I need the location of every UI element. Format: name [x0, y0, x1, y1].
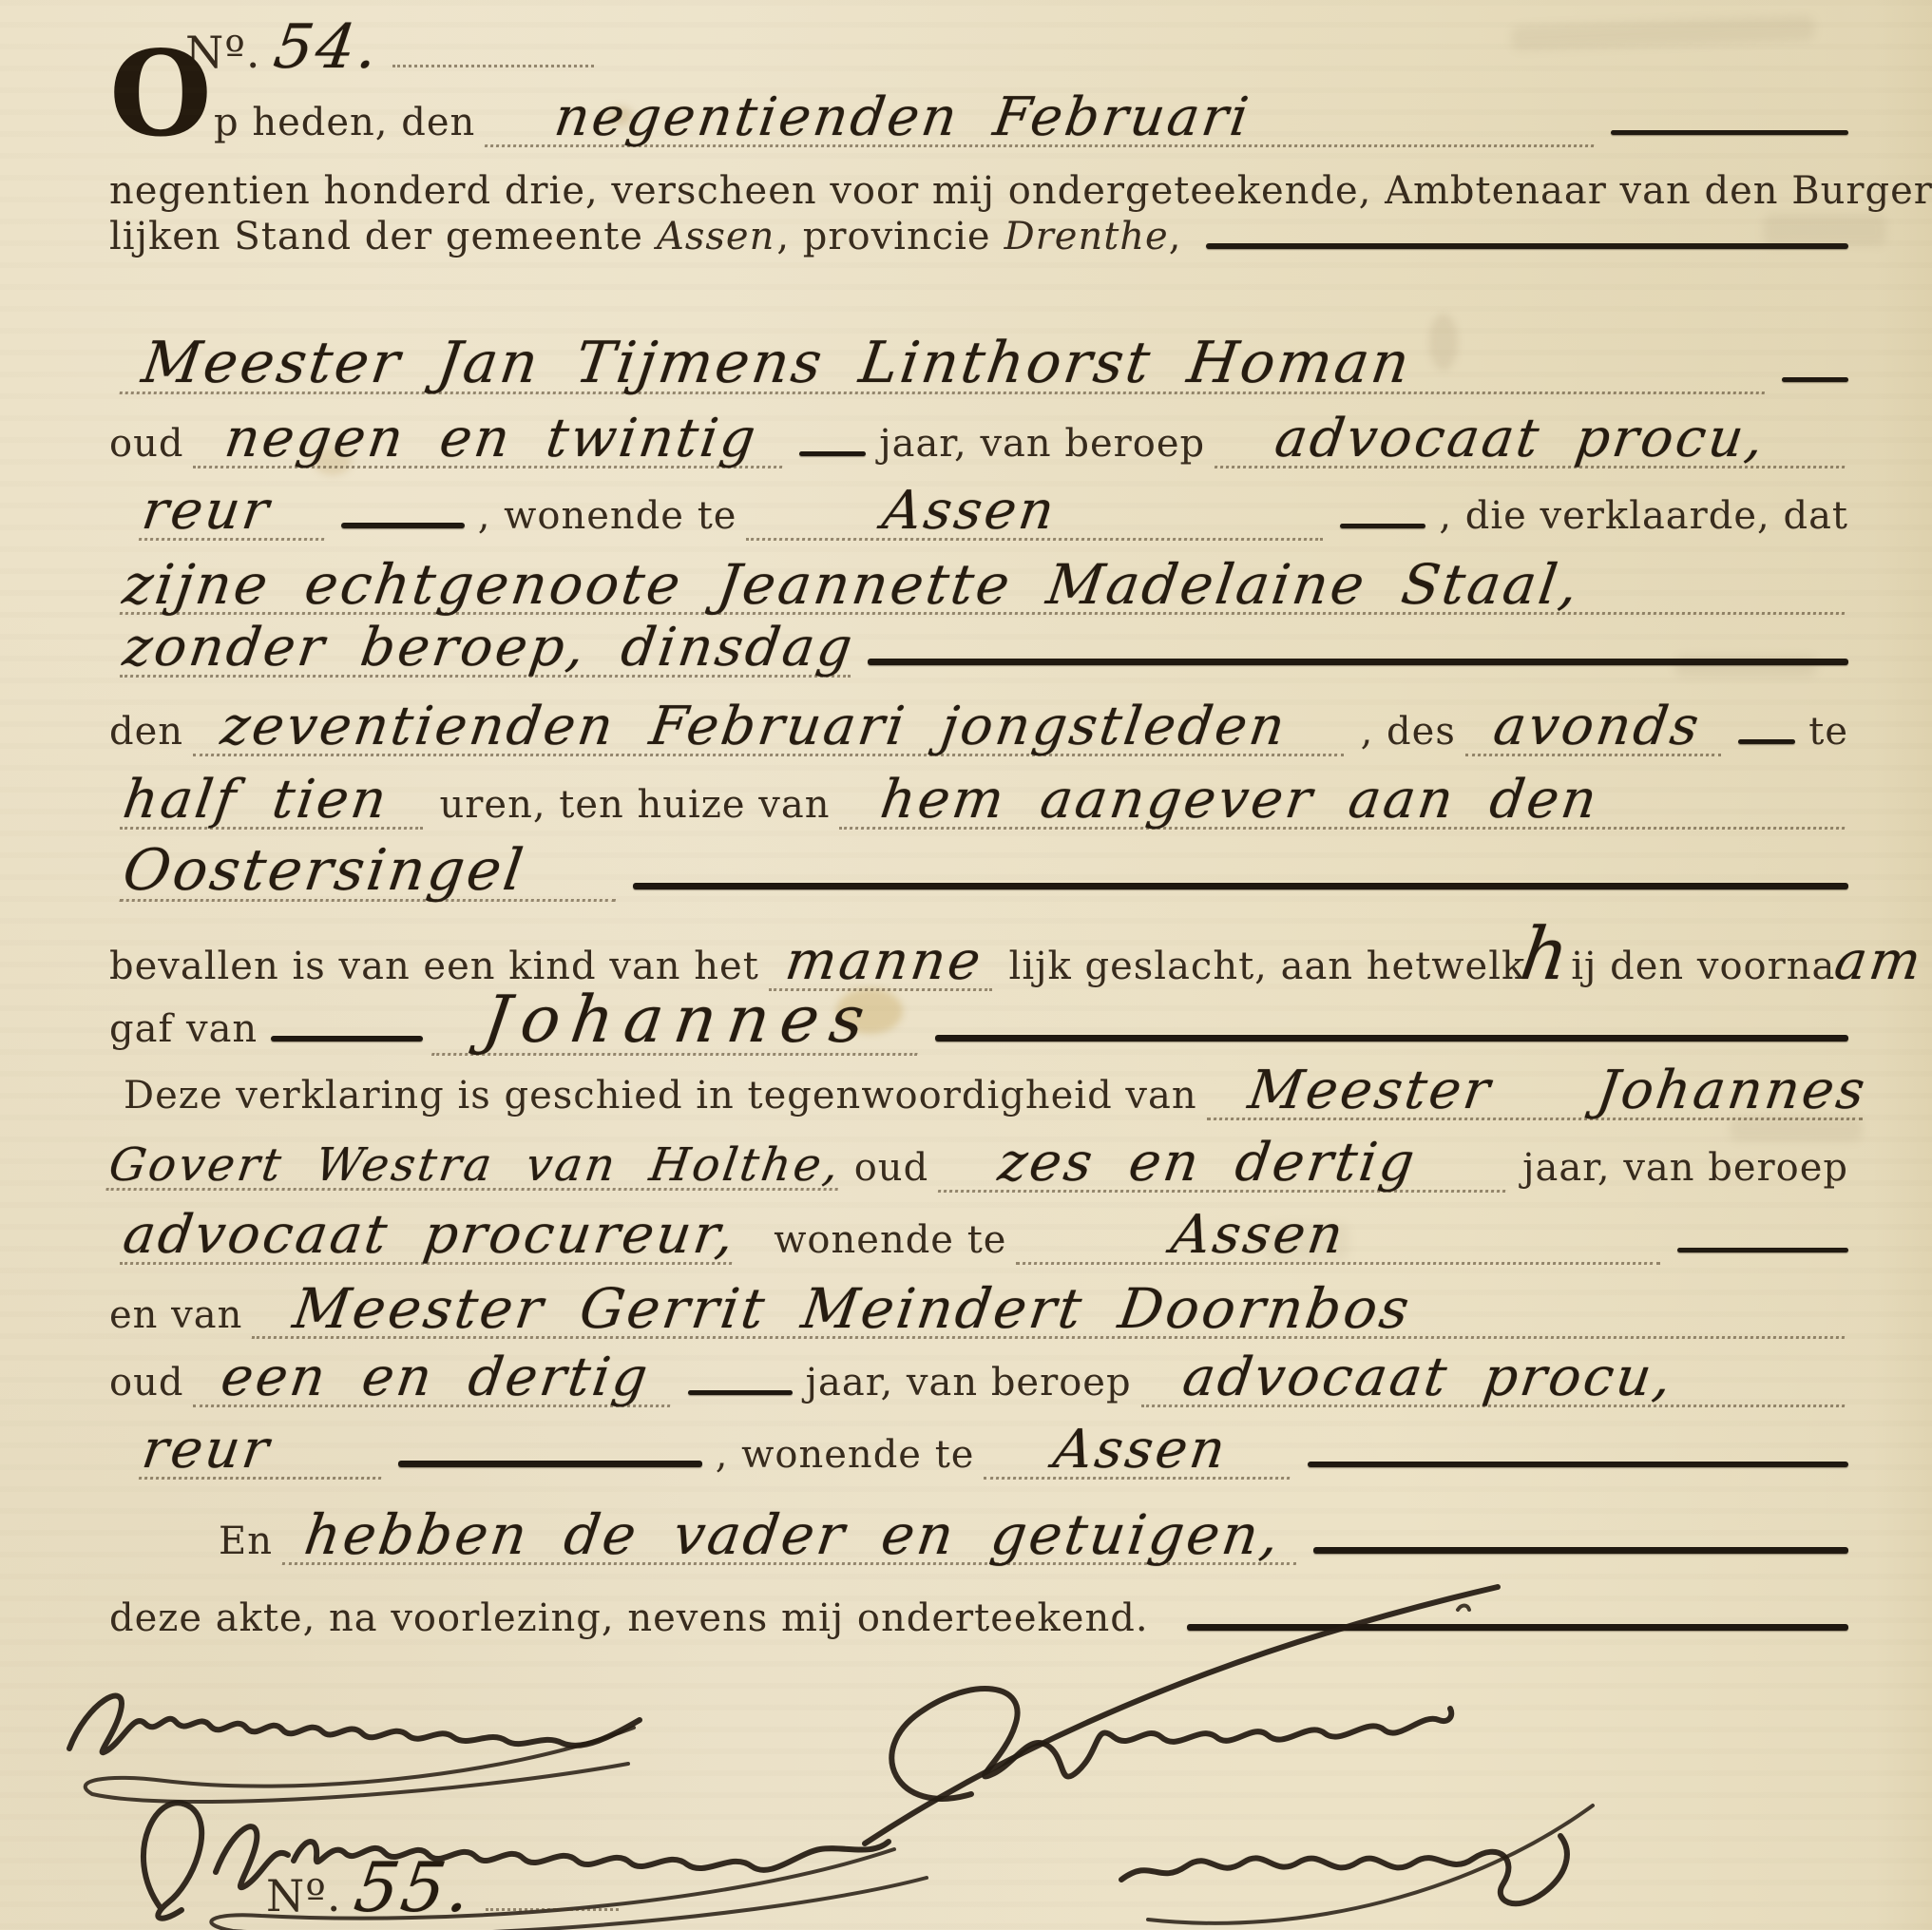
handwritten-birth-time: half tien	[120, 774, 430, 830]
printed-fragment: ij den voorna	[1571, 945, 1835, 988]
signature-registrar-icon	[1093, 1769, 1616, 1930]
printed-fragment: oud	[854, 1146, 928, 1190]
line-birth-date: den zeventienden Februari jongstleden , …	[109, 700, 1848, 756]
line-witness1-profession-residence: advocaat procureur, wonende te Assen	[124, 1209, 1848, 1265]
record-number-next: Nº. 55.	[266, 1853, 665, 1921]
printed-fragment: , wonende te	[716, 1433, 975, 1477]
bleed-through	[1511, 15, 1816, 50]
handwritten-street: Oostersingel	[120, 842, 624, 902]
printed-fragment: jaar, van beroep	[879, 422, 1205, 466]
printed-fragment: , wonende te	[478, 494, 737, 538]
handwritten-daypart: avonds	[1465, 700, 1730, 756]
handwritten-witness2-profession-cont: reur	[139, 1424, 389, 1480]
ink-rule	[1308, 1462, 1848, 1467]
line-birth-street: Oostersingel	[124, 842, 1848, 902]
ink-rule	[1340, 524, 1425, 528]
handwritten-insert-h: h	[1517, 918, 1577, 990]
handwritten-witness2-age: een en dertig	[193, 1351, 678, 1407]
printed-municipality: Assen	[657, 215, 775, 258]
line-declarant-name: Meester Jan Tijmens Linthorst Homan	[124, 334, 1848, 394]
line-mother-name: zijne echtgenoote Jeannette Madelaine St…	[124, 557, 1848, 615]
handwritten-birth-date: zeventienden Februari jongstleden	[193, 700, 1351, 756]
handwritten-witness1-profession: advocaat procureur,	[120, 1209, 739, 1265]
ink-rule	[1782, 377, 1848, 382]
printed-fragment: en van	[109, 1293, 242, 1337]
printed-fragment: lijk geslacht, aan hetwelk	[1009, 945, 1526, 988]
handwritten-profession-day: zonder beroep, dinsdag	[120, 621, 858, 678]
printed-fragment: wonende te	[774, 1218, 1006, 1262]
handwritten-profession-cont: reur	[139, 485, 332, 541]
printed-fragment: den	[109, 710, 183, 754]
printed-fragment: , des	[1361, 710, 1456, 754]
printed-fragment: uren, ten huize van	[440, 783, 831, 827]
ink-rule	[1206, 243, 1848, 249]
printed-fragment: , provincie	[776, 215, 990, 258]
printed-fragment: p heden, den	[214, 101, 475, 144]
line-witness-intro: Deze verklaring is geschied in tegenwoor…	[124, 1064, 1848, 1120]
ink-rule	[1677, 1248, 1848, 1252]
printed-fragment: oud	[109, 1361, 183, 1405]
handwritten-witness1-title: Meester Johannes	[1206, 1064, 1869, 1120]
handwritten-mother-name: zijne echtgenoote Jeannette Madelaine St…	[120, 557, 1853, 615]
ink-rule	[398, 1461, 702, 1467]
line-declarant-residence: reur , wonende te Assen , die verklaarde…	[143, 485, 1848, 541]
printed-fragment: lijken Stand der gemeente	[109, 215, 643, 258]
printed-fragment: jaar, van beroep	[806, 1361, 1132, 1405]
printed-fragment: oud	[109, 422, 183, 466]
line-witness1-name-age: Govert Westra van Holthe, oud zes en der…	[109, 1137, 1848, 1193]
handwritten-closing: hebben de vader en getuigen,	[282, 1507, 1304, 1565]
printed-fragment: gaf van	[109, 1007, 258, 1051]
ink-rule	[271, 1036, 423, 1041]
ink-rule	[633, 883, 1848, 889]
handwritten-profession: advocaat procu,	[1215, 412, 1852, 468]
printed-fragment: ,	[1169, 215, 1182, 258]
ink-rule	[868, 659, 1848, 665]
handwritten-age: negen en twintig	[193, 412, 790, 468]
line-witness2-name: en van Meester Gerrit Meindert Doornbos	[109, 1281, 1848, 1339]
birth-certificate-scan: Nº. 54. O p heden, den negentienden Febr…	[0, 0, 1932, 1930]
printed-fragment: Deze verklaring is geschied in tegenwoor…	[124, 1074, 1197, 1118]
ink-rule	[688, 1390, 793, 1395]
record-number-value: 55.	[350, 1853, 477, 1921]
handwritten-declarant-name: Meester Jan Tijmens Linthorst Homan	[120, 334, 1773, 394]
ink-rule	[799, 451, 866, 456]
handwritten-birth-house: hem aangever aan den	[839, 774, 1852, 830]
handwritten-residence: Assen	[746, 485, 1330, 541]
line-child-gender: bevallen is van een kind van het manne l…	[109, 918, 1896, 991]
printed-fragment: negentien honderd drie, verscheen voor m…	[109, 169, 1932, 213]
dropcap-O: O	[109, 49, 212, 142]
line-child-name: gaf van Johannes	[109, 988, 1848, 1056]
handwritten-witness1-age: zes en dertig	[938, 1137, 1513, 1193]
line-declarant-age-profession: oud negen en twintig jaar, van beroep ad…	[109, 412, 1848, 468]
line-witness2-age-profession: oud een en dertig jaar, van beroep advoc…	[109, 1351, 1848, 1407]
handwritten-witness2-profession: advocaat procu,	[1140, 1351, 1852, 1407]
handwritten-witness2-residence: Assen	[984, 1424, 1297, 1480]
ink-rule	[935, 1035, 1848, 1041]
line-closing-signers: En hebben de vader en getuigen,	[219, 1507, 1848, 1565]
line-municipality: lijken Stand der gemeente Assen , provin…	[109, 215, 1848, 258]
handwritten-entry-date: negentienden Februari	[485, 91, 1601, 147]
ink-rule	[1611, 130, 1848, 135]
ink-rule	[1313, 1547, 1848, 1554]
ink-rule	[1738, 739, 1795, 744]
line-witness2-residence: reur , wonende te Assen	[143, 1424, 1848, 1480]
printed-fragment: , die verklaarde, dat	[1439, 494, 1848, 538]
line-birth-time-place: half tien uren, ten huize van hem aangev…	[124, 774, 1848, 830]
printed-fragment: jaar, van beroep	[1522, 1146, 1848, 1190]
handwritten-witness2-name: Meester Gerrit Meindert Doornbos	[252, 1281, 1852, 1339]
handwritten-witness1-residence: Assen	[1016, 1209, 1668, 1265]
line-year-official: negentien honderd drie, verscheen voor m…	[109, 169, 1848, 213]
printed-province: Drenthe	[1004, 215, 1169, 258]
line-mother-profession-day: zonder beroep, dinsdag	[124, 621, 1848, 678]
printed-fragment: te	[1808, 710, 1848, 754]
handwritten-child-name: Johannes	[431, 988, 927, 1056]
line-opening-date: O p heden, den negentienden Februari	[109, 49, 1848, 147]
handwritten-witness1-name: Govert Westra van Holthe,	[105, 1142, 844, 1191]
printed-fragment: En	[219, 1519, 273, 1563]
handwritten-insert-am: am	[1831, 935, 1926, 988]
record-number-label: Nº.	[266, 1870, 342, 1921]
dotted-fill	[486, 1906, 619, 1911]
ink-rule	[341, 523, 465, 528]
